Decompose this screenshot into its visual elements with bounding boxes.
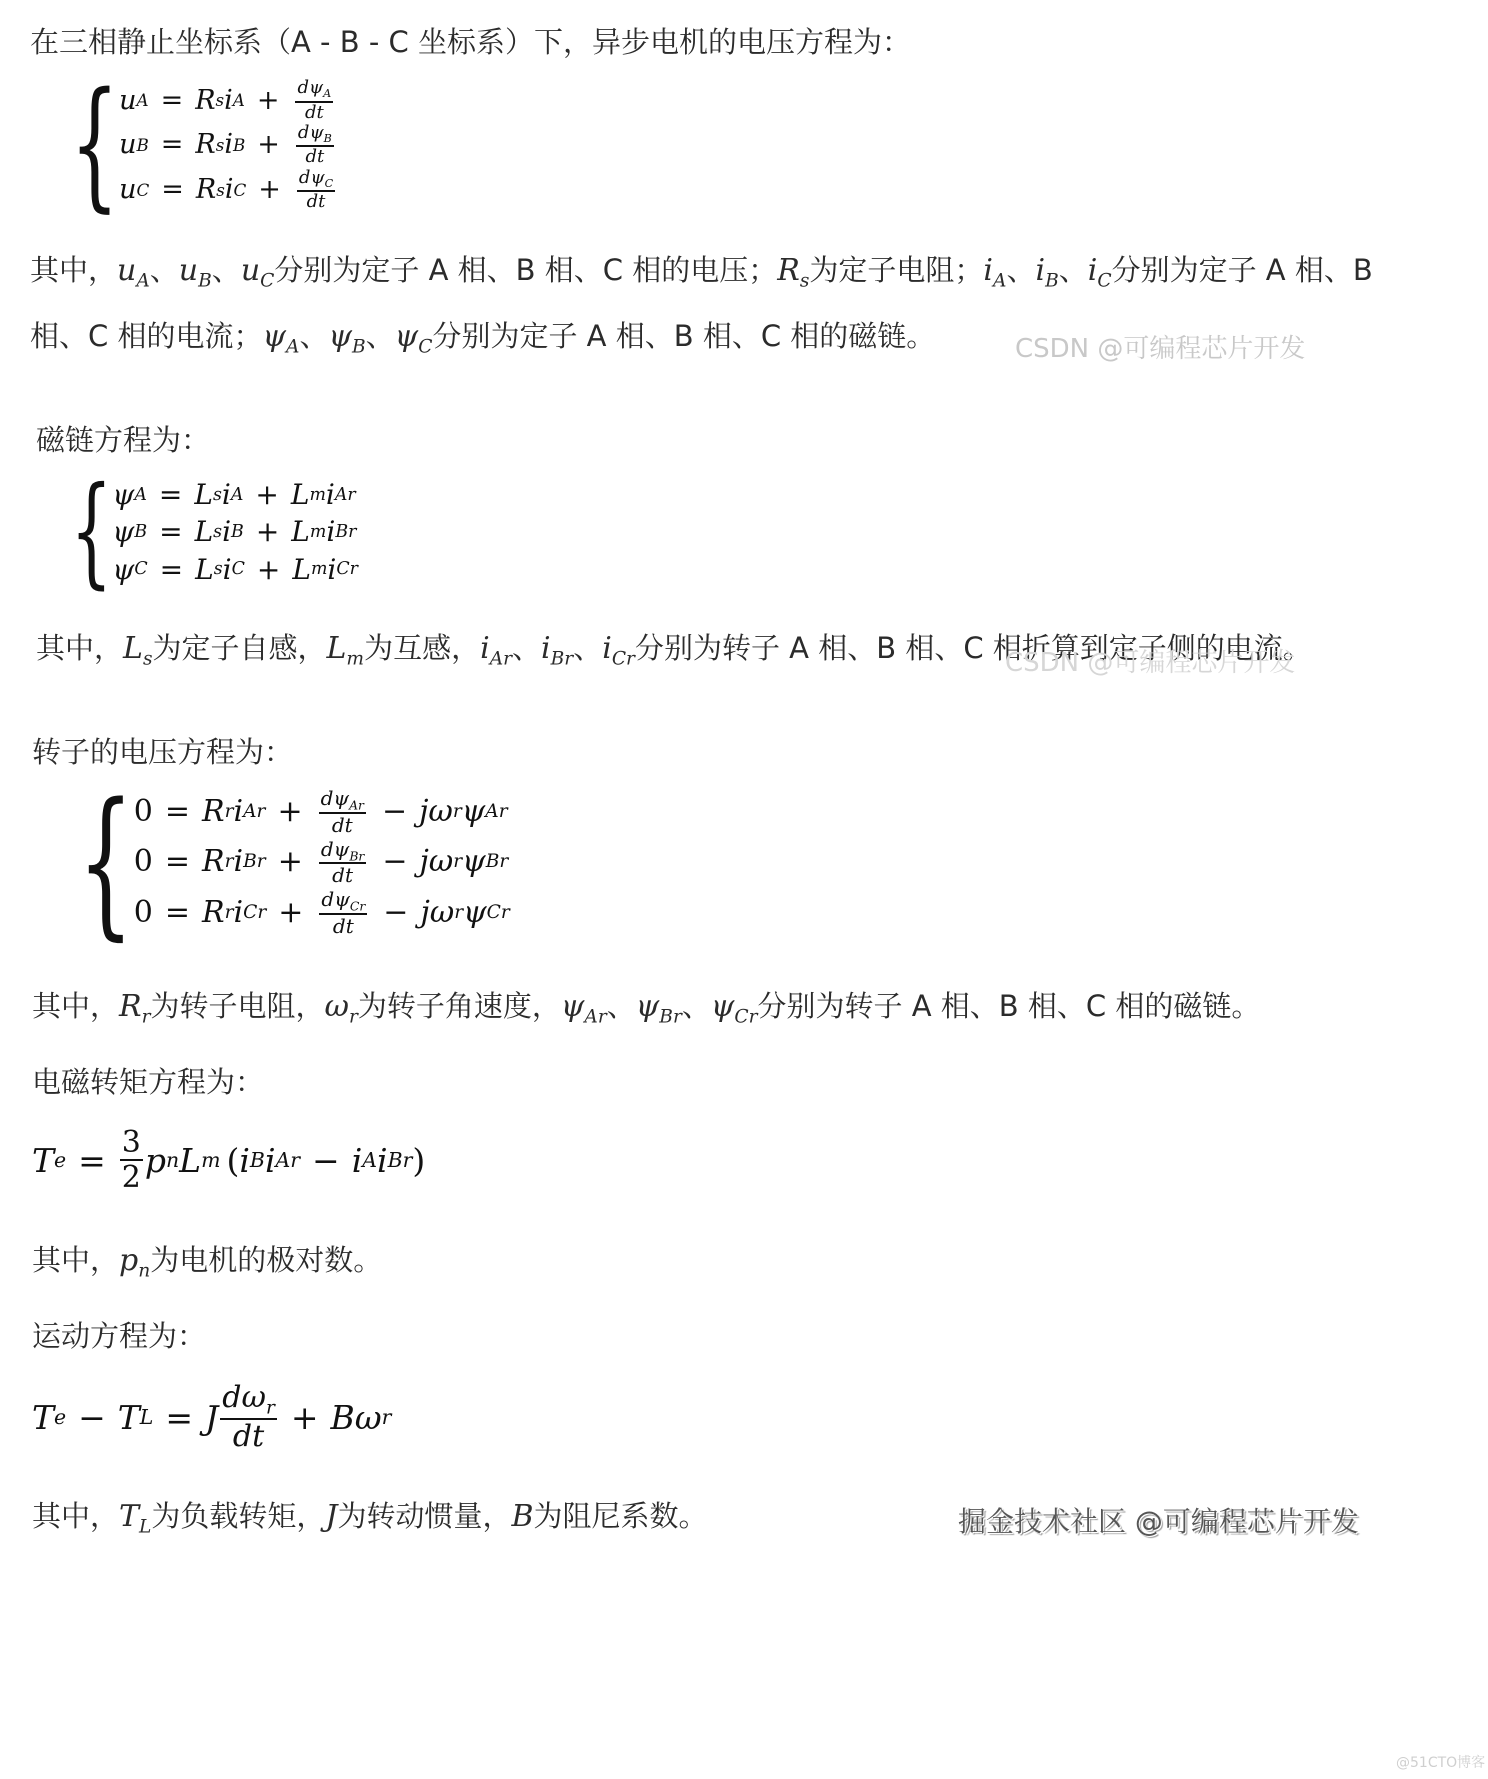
rotor-voltage-equations: { 0=RriAr+dψArdt−jωrψAr 0=RriBr+dψBrdt−j… xyxy=(32,786,510,938)
stator-voltage-equations: { uA=RsiA+dψAdt uB=RsiB+dψBdt uC=RsiC+dψ… xyxy=(30,78,339,212)
motion-desc: 其中，TL为负载转矩，J为转动惯量，B为阻尼系数。 xyxy=(32,1496,708,1548)
stator-voltage-desc-line1: 其中，uA、uB、uC分别为定子 A 相、B 相、C 相的电压；Rs为定子电阻；… xyxy=(30,250,1373,302)
torque-equation: Te=32pnLm(iBiAr−iAiBr) xyxy=(32,1120,425,1200)
51cto-watermark: @51CTO博客 xyxy=(1396,1752,1485,1772)
flux-equations: { ψA=LsiA+LmiAr ψB=LsiB+LmiBr ψC=LsiC+Lm… xyxy=(36,476,358,588)
motion-equation: Te−TL=Jdωrdt+Bωr xyxy=(32,1372,391,1462)
left-brace-icon: { xyxy=(70,476,112,588)
rotor-voltage-desc: 其中，Rr为转子电阻，ωr为转子角速度，ψAr、ψBr、ψCr分别为转子 A 相… xyxy=(32,986,1260,1038)
rotor-voltage-intro: 转子的电压方程为： xyxy=(32,732,293,772)
left-brace-icon: { xyxy=(78,786,134,938)
torque-desc: 其中，pn为电机的极对数。 xyxy=(32,1240,382,1292)
torque-intro: 电磁转矩方程为： xyxy=(32,1062,264,1102)
stator-voltage-desc-line2: 相、C 相的电流；ψA、ψB、ψC分别为定子 A 相、B 相、C 相的磁链。 xyxy=(30,316,935,368)
left-brace-icon: { xyxy=(70,78,119,212)
csdn-watermark: CSDN @可编程芯片开发 xyxy=(1015,328,1305,365)
motion-intro: 运动方程为： xyxy=(32,1316,206,1356)
stator-voltage-intro: 在三相静止坐标系（A - B - C 坐标系）下，异步电机的电压方程为： xyxy=(30,22,911,62)
juejin-watermark: 掘金技术社区 @可编程芯片开发 xyxy=(958,1500,1359,1540)
csdn-watermark-2: CSDN @可编程芯片开发 xyxy=(1005,642,1295,679)
flux-intro: 磁链方程为： xyxy=(36,420,210,460)
